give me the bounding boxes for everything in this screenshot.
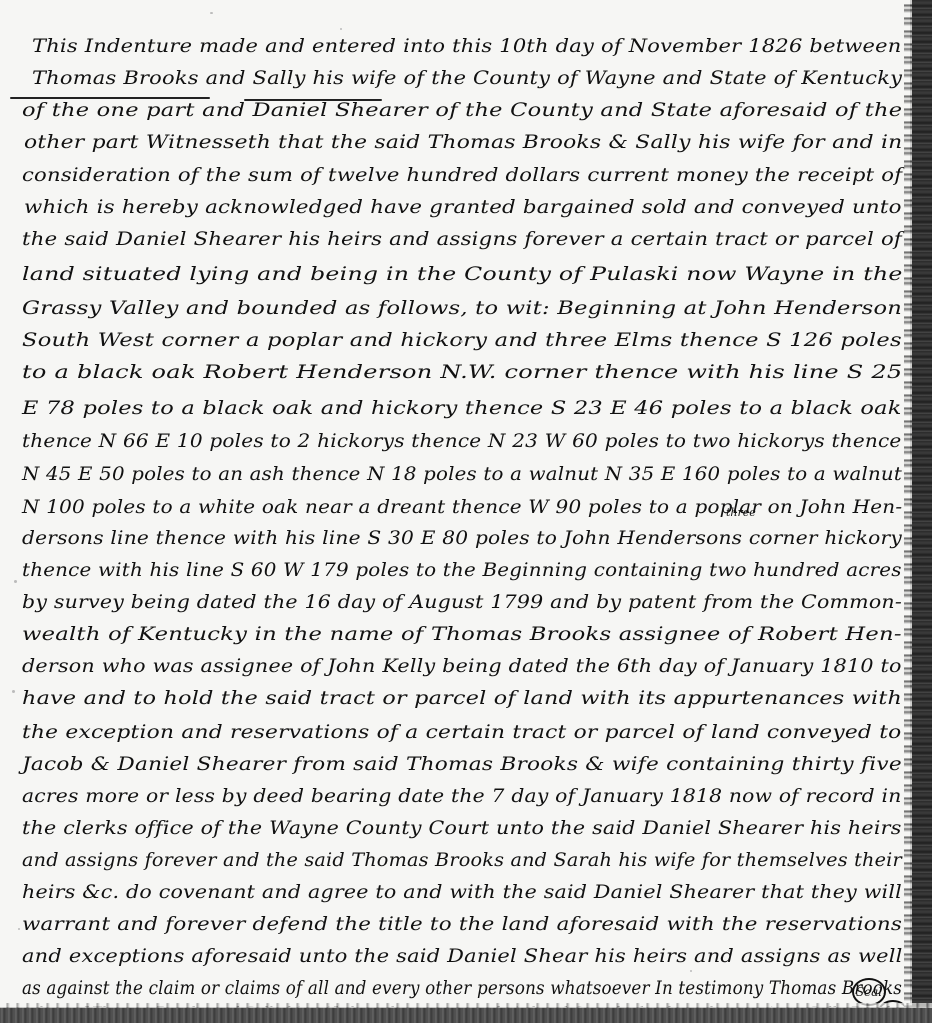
text-line: which is hereby acknowledged have grante… bbox=[24, 197, 902, 218]
scanned-deed-page: This Indenture made and entered into thi… bbox=[0, 0, 932, 1023]
underline-mark bbox=[10, 97, 210, 99]
text-line: N 100 poles to a white oak near a dreant… bbox=[22, 497, 902, 518]
text-line: Thomas Brooks and Sally his wife of the … bbox=[32, 68, 902, 89]
text-line: acres more or less by deed bearing date … bbox=[22, 786, 902, 807]
text-line: to a black oak Robert Henderson N.W. cor… bbox=[22, 362, 902, 383]
text-line: Jacob & Daniel Shearer from said Thomas … bbox=[22, 754, 902, 775]
text-line: as against the claim or claims of all an… bbox=[22, 978, 902, 999]
text-line: land situated lying and being in the Cou… bbox=[22, 264, 903, 285]
text-line: dersons line thence with his line S 30 E… bbox=[22, 528, 902, 549]
text-line: and assigns forever and the said Thomas … bbox=[22, 850, 902, 871]
scan-bottom-edge bbox=[0, 1007, 932, 1023]
text-line: of the one part and Daniel Shearer of th… bbox=[22, 100, 902, 121]
text-line: This Indenture made and entered into thi… bbox=[32, 36, 901, 57]
text-line: the clerks office of the Wayne County Co… bbox=[22, 818, 902, 839]
text-line: thence N 66 E 10 poles to 2 hickorys the… bbox=[22, 431, 902, 452]
seal-mark: Seal bbox=[852, 978, 886, 1006]
text-line: heirs &c. do covenant and agree to and w… bbox=[22, 882, 902, 903]
underline-mark bbox=[244, 99, 382, 101]
text-line: the exception and reservations of a cert… bbox=[22, 722, 901, 743]
text-line: and exceptions aforesaid unto the said D… bbox=[22, 946, 903, 967]
text-line: wealth of Kentucky in the name of Thomas… bbox=[22, 624, 902, 645]
text-line: thence with his line S 60 W 179 poles to… bbox=[22, 560, 902, 581]
text-line: consideration of the sum of twelve hundr… bbox=[22, 165, 902, 186]
interlineation: three bbox=[726, 506, 756, 519]
scan-right-edge bbox=[910, 0, 932, 1023]
text-line: have and to hold the said tract or parce… bbox=[22, 688, 902, 709]
text-line: other part Witnesseth that the said Thom… bbox=[24, 132, 902, 153]
text-line: E 78 poles to a black oak and hickory th… bbox=[22, 398, 902, 419]
text-line: derson who was assignee of John Kelly be… bbox=[22, 656, 902, 677]
text-line: warrant and forever defend the title to … bbox=[22, 914, 902, 935]
text-line: the said Daniel Shearer his heirs and as… bbox=[22, 229, 902, 250]
text-line: Grassy Valley and bounded as follows, to… bbox=[22, 298, 902, 319]
text-line: N 45 E 50 poles to an ash thence N 18 po… bbox=[22, 464, 902, 485]
text-line: by survey being dated the 16 day of Augu… bbox=[22, 592, 902, 613]
